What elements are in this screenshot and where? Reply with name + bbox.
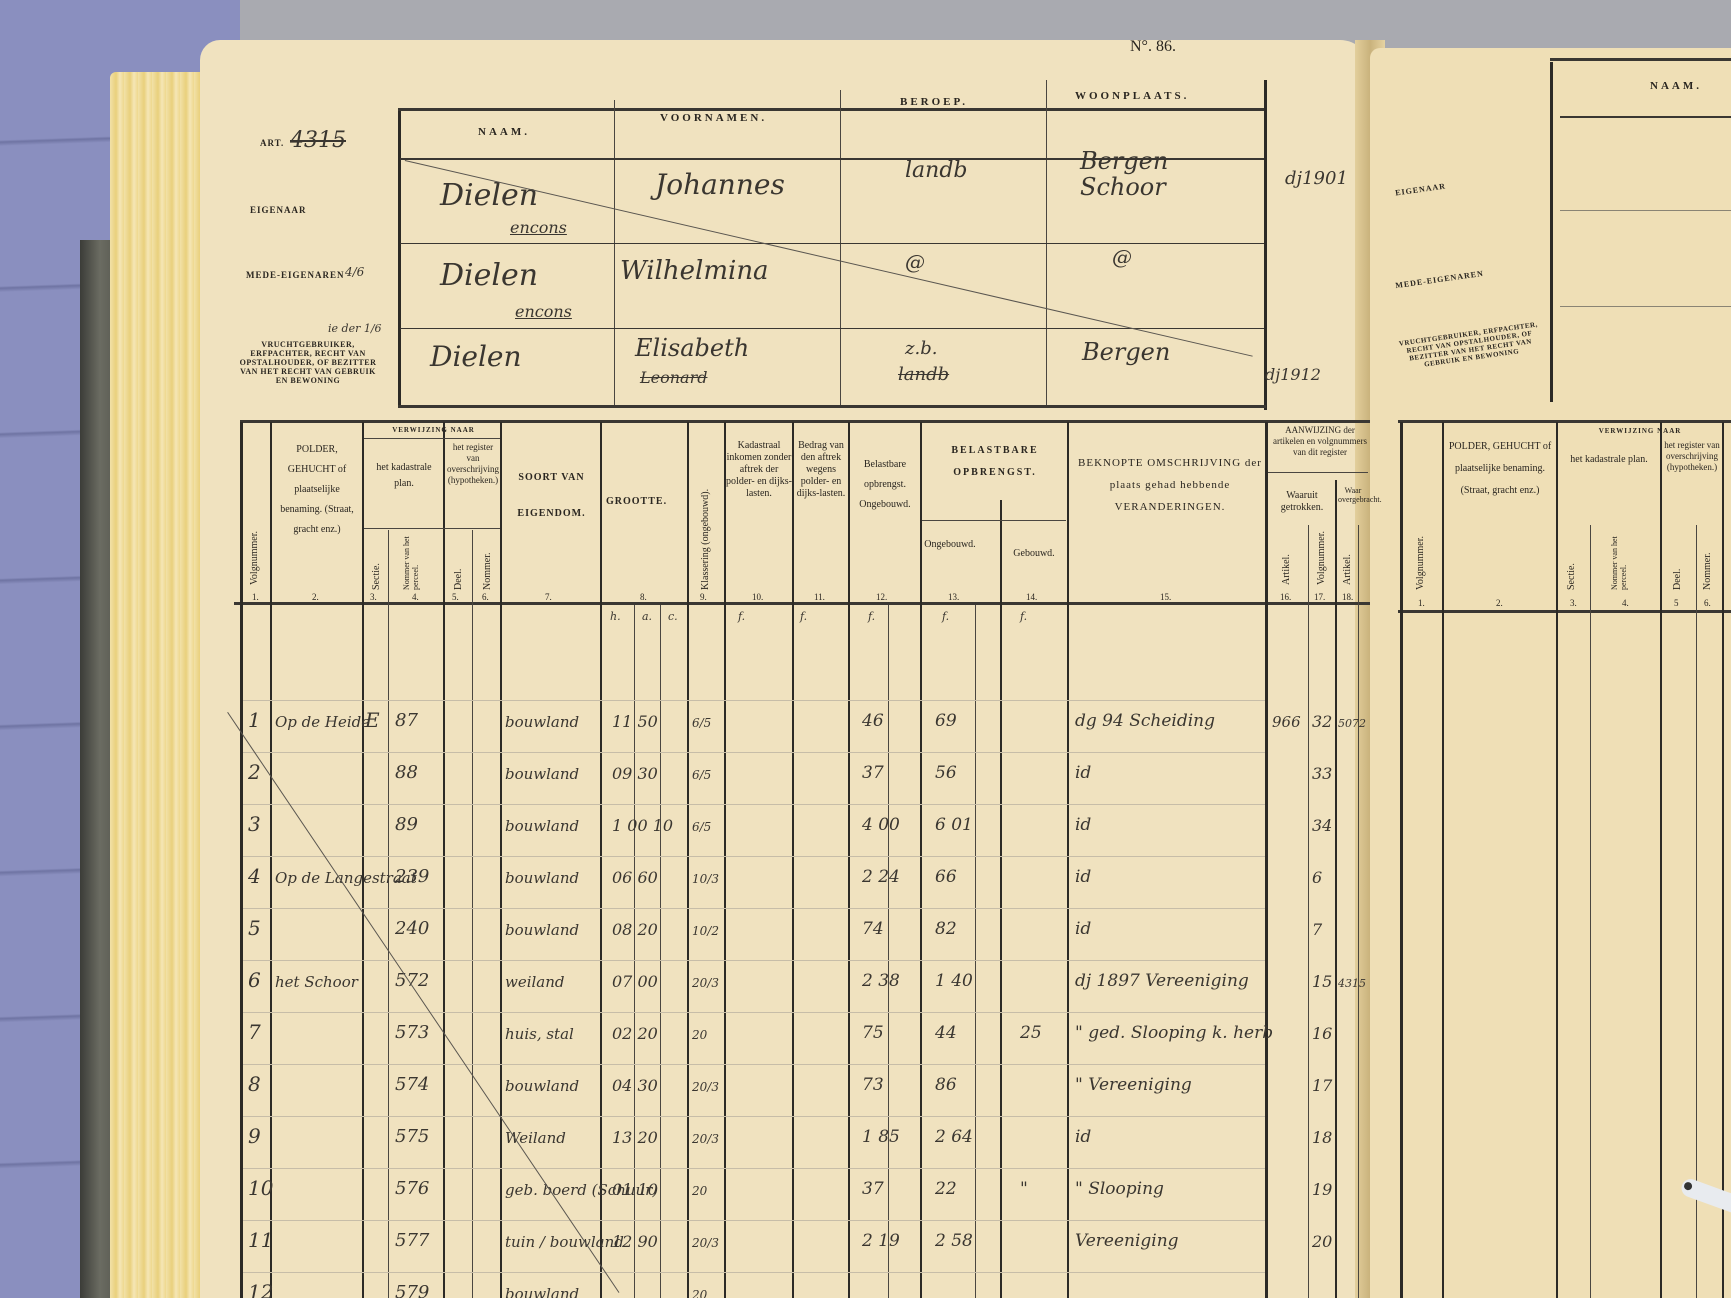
row-rule (243, 1116, 1265, 1117)
row-klasse: 20/3 (692, 1080, 719, 1094)
th-kadastraal-inkomen: Kadastraal inkomen zonder aftrek der pol… (726, 440, 792, 500)
rp-col-rule (1590, 525, 1591, 1298)
col-rule (388, 530, 389, 1298)
row-belastbaar: 2 38 (862, 971, 900, 991)
header-frame-bottom (398, 405, 1266, 408)
row-gebouwd: " (1020, 1179, 1028, 1199)
th-rule (364, 438, 500, 439)
col-num: 13. (948, 592, 959, 602)
row-volgnr: 19 (1312, 1180, 1332, 1199)
rp-table-top (1398, 420, 1731, 423)
col-num: 1. (252, 592, 259, 602)
row-perceel: 576 (395, 1178, 429, 1199)
rp-th-sectie: Sectie. (1566, 535, 1577, 590)
col-num: 14. (1026, 592, 1037, 602)
th-kadastrale-plan: het kadastrale plan. (366, 460, 442, 492)
share-note-each: ie der 1/6 (328, 322, 382, 335)
row-rule (243, 804, 1265, 805)
col-num: 5. (452, 592, 459, 602)
row-klasse: 20 (692, 1288, 707, 1298)
row-polder: Op de Heide (275, 713, 370, 731)
row-grootte: 04 30 (612, 1076, 658, 1095)
row-grootte: 08 20 (612, 920, 658, 939)
left-page (200, 40, 1370, 1298)
row-ongebouwd: 86 (935, 1075, 957, 1095)
col-num: 15. (1160, 592, 1171, 602)
unit-f: f. (1020, 610, 1027, 623)
th-rule (922, 520, 1066, 521)
row-volgnummer: 2 (248, 760, 261, 784)
row-grootte: 11 50 (612, 712, 658, 731)
row-grootte: 07 00 (612, 972, 658, 991)
owner-2-voornamen: Wilhelmina (620, 256, 769, 286)
th-belastbare-opbrengst: BELASTBARE OPBRENGST. (924, 440, 1066, 484)
row-rule (243, 752, 1265, 753)
row-rule (243, 856, 1265, 857)
row-soort: bouwland (505, 1077, 579, 1095)
rp-col-rule (1660, 422, 1662, 1298)
row-volgnummer: 7 (248, 1020, 261, 1044)
owner-2-suffix: encons (515, 302, 572, 321)
page-number: N°. 86. (1130, 38, 1176, 56)
row-rule (243, 1064, 1265, 1065)
col-rule (1335, 480, 1337, 1298)
row-omschrijving: " ged. Slooping k. herb (1075, 1023, 1273, 1043)
col-num: 18. (1342, 592, 1353, 602)
rp-col-num: 4. (1622, 598, 1629, 608)
col-num: 9. (700, 592, 707, 602)
unit-a: a. (642, 610, 652, 623)
rp-col-rule (1722, 422, 1724, 1298)
th-ongebouwd: Ongebouwd. (924, 535, 976, 555)
row-klasse: 6/5 (692, 768, 711, 782)
th-perceel: Nommer van het perceel. (402, 535, 432, 590)
row-soort: bouwland (505, 817, 579, 835)
row-perceel: 573 (395, 1022, 429, 1043)
row-klasse: 10/3 (692, 872, 719, 886)
row-perceel: 577 (395, 1230, 429, 1251)
col-num: 2. (312, 592, 319, 602)
row-volgnr: 20 (1312, 1232, 1332, 1251)
rp-rule (1560, 306, 1731, 307)
owner-3-voornamen: Elisabeth (635, 334, 749, 362)
col-rule (1000, 500, 1002, 1298)
row-omschrijving: id (1075, 1127, 1091, 1147)
rp-th-perceel: Nommer van het perceel. (1610, 530, 1640, 590)
row-ongebouwd: 69 (935, 711, 957, 731)
row-belastbaar: 75 (862, 1023, 884, 1043)
row-ongebouwd: 82 (935, 919, 957, 939)
col-header-voornamen: VOORNAMEN. (660, 112, 767, 124)
col-num: 6. (482, 592, 489, 602)
col-num: 8. (640, 592, 647, 602)
rp-th-nommer: Nommer. (1702, 535, 1713, 590)
col-rule (1067, 422, 1069, 1298)
art-number: 4315 (290, 128, 346, 153)
th-volgnummer-17: Volgnummer. (1316, 530, 1327, 585)
row-belastbaar: 46 (862, 711, 884, 731)
row-soort: bouwland (505, 921, 579, 939)
row-ongebouwd: 6 01 (935, 815, 973, 835)
th-aanwijzing: AANWIJZING der artikelen en volgnummers … (1270, 425, 1370, 458)
th-artikel: Artikel. (1281, 535, 1292, 585)
row-grootte: 1 00 10 (612, 816, 673, 835)
rp-col-rule (1442, 422, 1444, 1298)
th-klassering: Klassering (ongebouwd). (700, 470, 711, 590)
owner-1-woonplaats: Bergen Schoor (1080, 148, 1230, 200)
row-volgnummer: 3 (248, 812, 261, 836)
rp-th-volgnummer: Volgnummer. (1415, 520, 1426, 590)
row-sectie: E (365, 708, 380, 732)
th-sectie: Sectie. (371, 535, 382, 590)
eigenaar-label: EIGENAAR (250, 205, 307, 215)
row-soort: bouwland (505, 713, 579, 731)
row-belastbaar: 73 (862, 1075, 884, 1095)
col-rule (472, 530, 473, 1298)
owner-3-voornamen-struck: Leonard (640, 368, 707, 387)
owner-2-beroep: @ (905, 250, 925, 274)
row-volgnummer: 6 (248, 968, 261, 992)
row-volgnummer: 11 (248, 1228, 273, 1252)
owner-2-naam: Dielen (440, 258, 538, 293)
owner-1-suffix: encons (510, 218, 567, 237)
rp-col-num: 2. (1496, 598, 1503, 608)
owner-3-woonplaats: Bergen (1082, 338, 1170, 366)
th-bedrag-aftrek: Bedrag van den aftrek wegens polder- en … (794, 440, 848, 500)
col-header-naam: NAAM. (478, 126, 530, 138)
row-omschrijving: Vereeniging (1075, 1231, 1179, 1251)
row-rule (243, 908, 1265, 909)
row-perceel: 88 (395, 762, 418, 783)
table-top-rule (240, 420, 1370, 423)
row-volgnummer: 4 (248, 864, 261, 888)
row-perceel: 574 (395, 1074, 429, 1095)
th-register: het register van overschrijving (hypothe… (446, 442, 500, 486)
col-rule (975, 605, 976, 1298)
row-rule (243, 1272, 1265, 1273)
rp-th-kadastrale: het kadastrale plan. (1560, 450, 1658, 470)
col-num: 10. (752, 592, 763, 602)
row-artikel-18: 4315 (1338, 977, 1366, 990)
row-ongebouwd: 56 (935, 763, 957, 783)
unit-f: f. (800, 610, 807, 623)
col-rule (920, 422, 922, 1298)
col-rule (848, 422, 850, 1298)
row-soort: bouwland (505, 765, 579, 783)
row-belastbaar: 1 85 (862, 1127, 900, 1147)
col-rule (888, 605, 889, 1298)
rp-frame-top (1550, 58, 1731, 61)
row-klasse: 20/3 (692, 1132, 719, 1146)
col-num: 12. (876, 592, 887, 602)
col-num: 11. (814, 592, 825, 602)
row-klasse: 20/3 (692, 976, 719, 990)
header-row-rule (400, 243, 1264, 244)
row-grootte: 06 60 (612, 868, 658, 887)
owner-3-note: dj1912 (1265, 365, 1321, 384)
th-deel: Deel. (453, 540, 464, 590)
row-omschrijving: id (1075, 815, 1091, 835)
row-volgnr: 32 (1312, 712, 1332, 731)
row-grootte: 09 30 (612, 764, 658, 783)
row-ongebouwd: 66 (935, 867, 957, 887)
col-rule (270, 422, 272, 1298)
th-nommer: Nommer. (482, 535, 493, 590)
col-rule (792, 422, 794, 1298)
col-rule (1308, 525, 1309, 1298)
row-ongebouwd: 1 40 (935, 971, 973, 991)
th-waar: Waar overgebracht. (1338, 486, 1368, 504)
owner-1-naam: Dielen (440, 178, 538, 213)
header-divider (840, 90, 841, 405)
row-volgnr: 6 (1312, 868, 1322, 887)
th-belastbare-ongebouwd: Belastbare opbrengst. Ongebouwd. (850, 455, 920, 515)
col-rule (724, 422, 726, 1298)
row-perceel: 575 (395, 1126, 429, 1147)
row-volgnummer: 10 (248, 1176, 273, 1200)
row-volgnr: 15 (1312, 972, 1332, 991)
vruchtgebruiker-label: VRUCHTGEBRUIKER, ERFPACHTER, RECHT VAN O… (238, 340, 378, 385)
col-rule (687, 422, 689, 1298)
row-belastbaar: 37 (862, 763, 884, 783)
row-grootte: 01 10 (612, 1180, 658, 1199)
header-frame-left (398, 108, 401, 408)
col-rule (660, 605, 661, 1298)
th-verwijzing: VERWIJZING NAAR (366, 424, 501, 436)
rp-rule (1560, 116, 1731, 118)
col-rule (600, 422, 602, 1298)
row-artikel: 966 (1272, 713, 1301, 731)
row-omschrijving: dg 94 Scheiding (1075, 711, 1215, 731)
header-frame-right (1264, 80, 1267, 410)
rp-col-num: 3. (1570, 598, 1577, 608)
th-artikel-18: Artikel. (1342, 535, 1353, 585)
row-grootte: 02 20 (612, 1024, 658, 1043)
row-belastbaar: 2 19 (862, 1231, 900, 1251)
th-rule (1268, 472, 1368, 473)
rp-naam: NAAM. (1650, 80, 1702, 92)
th-polder: POLDER, GEHUCHT of plaatselijke benaming… (273, 440, 361, 540)
row-belastbaar: 4 00 (862, 815, 900, 835)
row-klasse: 6/5 (692, 820, 711, 834)
header-frame-top (398, 108, 1266, 111)
rp-col-num: 5 (1674, 598, 1679, 608)
row-ongebouwd: 44 (935, 1023, 957, 1043)
col-rule (443, 422, 445, 1298)
row-rule (243, 1220, 1265, 1221)
row-klasse: 20 (692, 1028, 707, 1042)
row-volgnummer: 8 (248, 1072, 261, 1096)
row-omschrijving: " Slooping (1075, 1179, 1164, 1199)
rp-th-polder: POLDER, GEHUCHT of plaatselijke benaming… (1446, 436, 1554, 502)
th-gebouwd: Gebouwd. (1002, 548, 1066, 560)
row-klasse: 20/3 (692, 1236, 719, 1250)
row-volgnr: 16 (1312, 1024, 1332, 1043)
row-perceel: 89 (395, 814, 418, 835)
header-divider (614, 100, 615, 405)
row-ongebouwd: 2 64 (935, 1127, 973, 1147)
row-grootte: 13 20 (612, 1128, 658, 1147)
unit-f: f. (738, 610, 745, 623)
row-perceel: 240 (395, 918, 429, 939)
row-perceel: 579 (395, 1282, 429, 1298)
row-volgnummer: 1 (248, 708, 261, 732)
row-gebouwd: 25 (1020, 1023, 1042, 1043)
row-ongebouwd: 22 (935, 1179, 957, 1199)
col-rule (240, 422, 243, 1298)
th-volgnummer: Volgnummer. (249, 505, 260, 585)
row-klasse: 10/2 (692, 924, 719, 938)
row-polder: het Schoor (275, 973, 358, 991)
row-belastbaar: 74 (862, 919, 884, 939)
unit-h: h. (610, 610, 621, 623)
unit-f: f. (942, 610, 949, 623)
owner-1-note: dj1901 (1285, 168, 1348, 189)
row-volgnr: 33 (1312, 764, 1332, 783)
row-soort: weiland (505, 973, 565, 991)
row-omschrijving: dj 1897 Vereeniging (1075, 971, 1249, 991)
row-volgnummer: 5 (248, 916, 261, 940)
rp-col-rule (1556, 422, 1558, 1298)
row-omschrijving: " Vereeniging (1075, 1075, 1192, 1095)
th-rule (364, 528, 500, 529)
unit-f: f. (868, 610, 875, 623)
row-artikel-18: 5072 (1338, 717, 1366, 730)
rp-col-rule (1400, 422, 1403, 1298)
row-omschrijving: id (1075, 867, 1091, 887)
row-perceel: 239 (395, 866, 429, 887)
rp-col-num: 6. (1704, 598, 1711, 608)
rp-th-register: het register van overschrijving (hypothe… (1663, 440, 1721, 473)
art-label: ART. (260, 138, 284, 148)
rp-col-num: 1. (1418, 598, 1425, 608)
th-grootte: GROOTTE. (606, 496, 667, 507)
table-header-bottom-rule (234, 602, 1370, 605)
row-volgnr: 17 (1312, 1076, 1332, 1095)
col-num: 3. (370, 592, 377, 602)
rp-rule (1560, 210, 1731, 211)
col-num: 4. (412, 592, 419, 602)
owner-2-woonplaats: @ (1112, 245, 1132, 269)
th-waaruit: Waaruit getrokken. (1270, 490, 1334, 514)
mede-eigenaren-label: MEDE-EIGENAREN (246, 270, 345, 280)
th-omschrijving: BEKNOPTE OMSCHRIJVING der plaats gehad h… (1075, 452, 1265, 518)
row-rule (243, 1168, 1265, 1169)
col-rule (1265, 422, 1268, 1298)
row-soort: huis, stal (505, 1025, 574, 1043)
row-volgnummer: 9 (248, 1124, 261, 1148)
owner-3-beroep: z.b. (905, 338, 937, 359)
row-perceel: 87 (395, 710, 418, 731)
row-belastbaar: 37 (862, 1179, 884, 1199)
row-klasse: 6/5 (692, 716, 711, 730)
row-klasse: 20 (692, 1184, 707, 1198)
row-soort: tuin / bouwland (505, 1233, 624, 1251)
row-omschrijving: id (1075, 763, 1091, 783)
owner-3-beroep-struck: landb (898, 364, 949, 385)
row-rule (243, 700, 1265, 701)
owner-1-voornamen: Johannes (655, 168, 785, 201)
col-rule (1358, 525, 1359, 1298)
col-rule (500, 422, 502, 1298)
row-volgnr: 18 (1312, 1128, 1332, 1147)
owner-3-naam: Dielen (430, 340, 522, 373)
row-soort: bouwland (505, 869, 579, 887)
col-num: 17. (1314, 592, 1325, 602)
col-num: 16. (1280, 592, 1291, 602)
owner-1-beroep: landb (905, 158, 968, 183)
col-rule (362, 422, 364, 1298)
row-ongebouwd: 2 58 (935, 1231, 973, 1251)
unit-c: c. (668, 610, 678, 623)
row-rule (243, 1012, 1265, 1013)
row-volgnr: 34 (1312, 816, 1332, 835)
row-soort: bouwland (505, 1285, 579, 1298)
row-grootte: 12 90 (612, 1232, 658, 1251)
rp-frame-left (1550, 62, 1553, 402)
col-header-woonplaats: WOONPLAATS. (1075, 90, 1189, 102)
share-note: 4/6 (345, 265, 364, 279)
row-volgnummer: 12 (248, 1280, 273, 1298)
col-header-beroep: BEROEP. (900, 96, 968, 108)
th-soort: SOORT VAN EIGENDOM. (504, 460, 599, 532)
row-belastbaar: 2 24 (862, 867, 900, 887)
rp-th-deel: Deel. (1672, 540, 1683, 590)
rp-th-verwijzing: VERWIJZING NAAR (1560, 425, 1720, 437)
row-volgnr: 7 (1312, 920, 1322, 939)
col-num: 7. (545, 592, 552, 602)
rp-table-header-bottom (1398, 610, 1731, 613)
row-omschrijving: id (1075, 919, 1091, 939)
